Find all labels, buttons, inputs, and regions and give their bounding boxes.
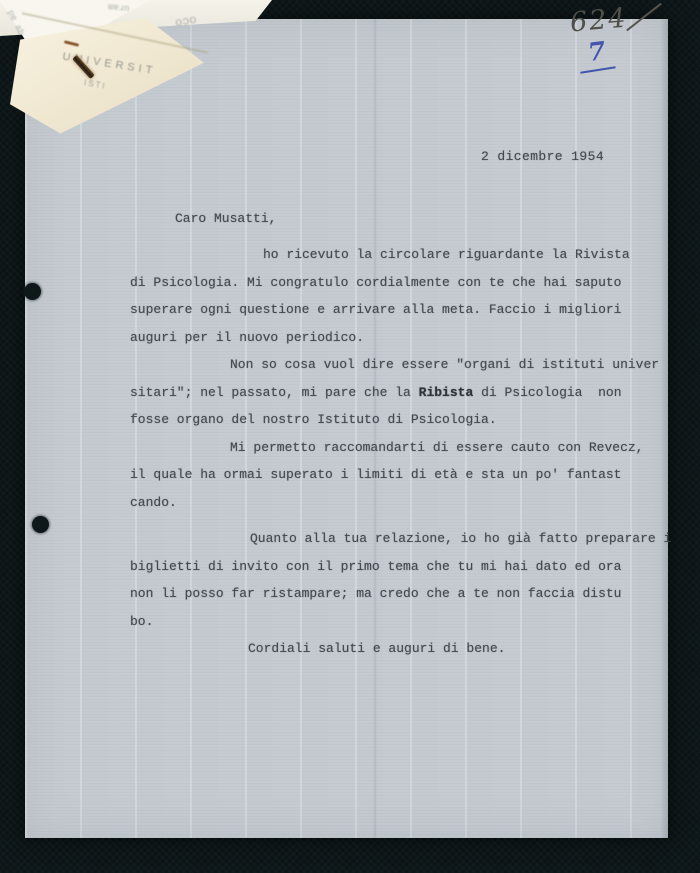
illegible-typed-fragment: uram [108, 1, 131, 13]
page-number-blue-ink: 7 [586, 36, 607, 67]
letter-line: ho ricevuto la circolare riguardante la … [130, 241, 660, 269]
letter-line: di Psicologia. Mi congratulo cordialment… [130, 269, 660, 297]
archive-number-pencil: 624 [569, 3, 629, 39]
letter-line: non li posso far ristampare; ma credo ch… [130, 580, 660, 608]
letter-line: Cordiali saluti e auguri di bene. [130, 635, 660, 663]
letter-line: bo. [130, 608, 660, 636]
letter-line: superare ogni questione e arrivare alla … [130, 296, 660, 324]
letter-line: cando. [130, 489, 660, 517]
letter-body: ho ricevuto la circolare riguardante la … [130, 241, 660, 663]
letter-line: auguri per il nuovo periodico. [130, 324, 660, 352]
letter-line: biglietti di invito con il primo tema ch… [130, 553, 660, 581]
overtyped-word: Ribista [419, 385, 474, 400]
archive-scan-page: { "scan": { "background_color": "#0c1416… [0, 0, 700, 873]
letter-line: il quale ha ormai superato i limiti di e… [130, 461, 660, 489]
letter-line: sitari"; nel passato, mi pare che la Rib… [130, 379, 660, 407]
paper-edge-shadow [660, 19, 668, 838]
letter-line: Mi permetto raccomandarti di essere caut… [130, 434, 660, 462]
letter-line: Non so cosa vuol dire essere "organi di … [130, 351, 660, 379]
punch-hole-top [24, 283, 41, 300]
letter-salutation: Caro Musatti, [175, 211, 276, 226]
letter-line: fosse organo del nostro Istituto di Psic… [130, 406, 660, 434]
punch-hole-bottom [32, 516, 49, 533]
letter-sheet: 2 dicembre 1954 Caro Musatti, ho ricevut… [25, 19, 668, 838]
letter-date: 2 dicembre 1954 [481, 149, 604, 164]
letter-line: Quanto alla tua relazione, io ho già fat… [130, 525, 660, 553]
